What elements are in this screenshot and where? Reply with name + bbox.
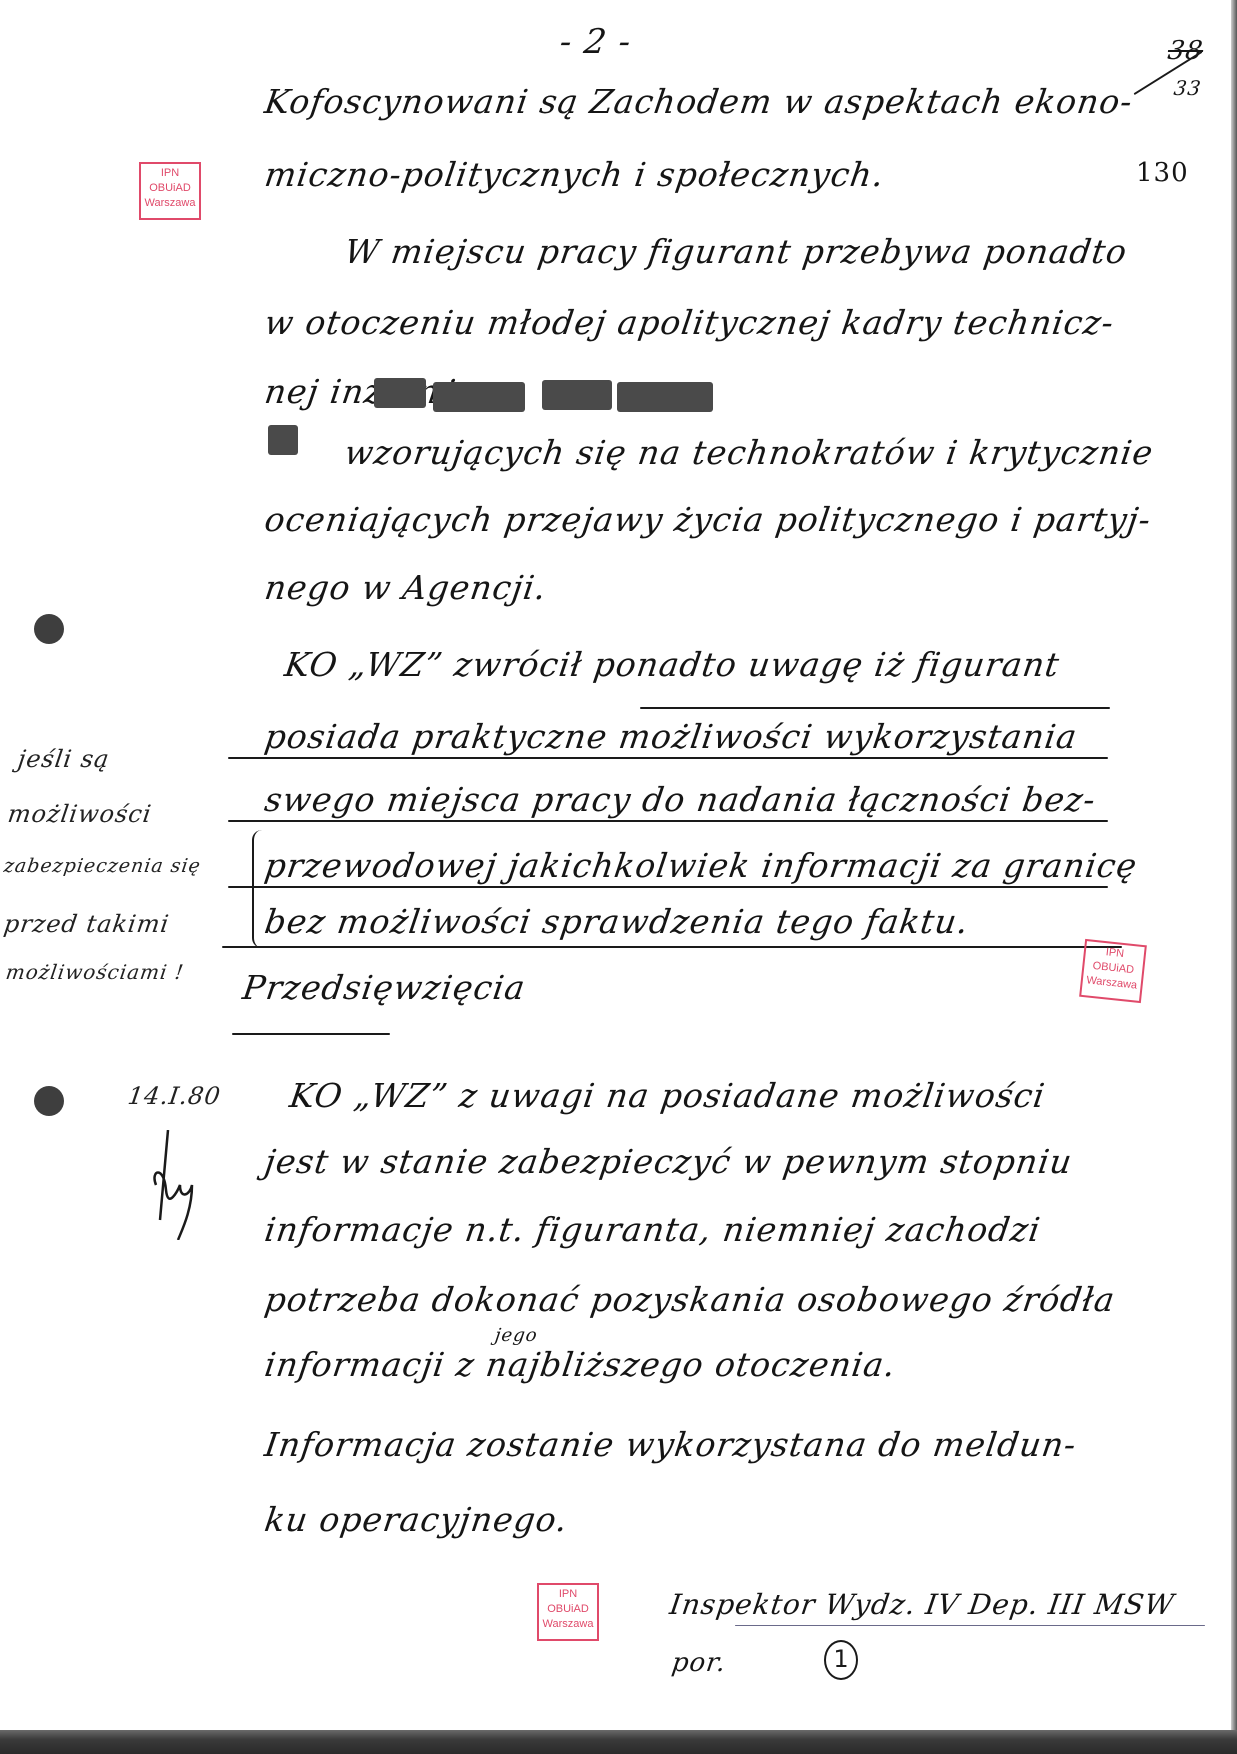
underline (228, 820, 1108, 822)
section-line: jest w stanie zabezpieczyć w pewnym stop… (262, 1142, 1075, 1181)
underline (228, 886, 1108, 888)
circled-number: 1 (824, 1640, 858, 1680)
punch-hole (34, 1086, 64, 1116)
body-line: wzorujących się na technokratów i krytyc… (342, 433, 1156, 472)
signature-line (735, 1625, 1205, 1626)
body-line: KO „WZ” zwrócił ponadto uwagę iż figuran… (282, 645, 1062, 684)
body-line: Kofoscynowani są Zachodem w aspektach ek… (262, 82, 1135, 121)
ipn-stamp: IPN OBUiAD Warszawa (537, 1583, 599, 1641)
section-line: potrzeba dokonać pozyskania osobowego źr… (262, 1280, 1118, 1319)
scan-edge (1231, 0, 1237, 1754)
section-line: KO „WZ” z uwagi na posiadane możliwości (287, 1076, 1048, 1115)
section-line: informacje n.t. figuranta, niemniej zach… (262, 1210, 1043, 1249)
punch-hole (34, 614, 64, 644)
redaction-bar (617, 382, 713, 412)
margin-note-line: możliwościami ! (4, 960, 185, 984)
redaction-bar (374, 378, 426, 408)
body-line: swego miejsca pracy do nadania łączności… (262, 780, 1098, 819)
body-line: oceniających przejawy życia politycznego… (262, 500, 1153, 539)
margin-date: 14.I.80 (126, 1082, 223, 1110)
archive-number-current: 33 (1172, 76, 1203, 100)
stamp-line: Warszawa (539, 1617, 597, 1632)
body-line: posiada praktyczne możliwości wykorzysta… (262, 717, 1080, 756)
redaction-bar (268, 425, 298, 455)
closing-line: Informacja zostanie wykorzystana do meld… (262, 1425, 1079, 1464)
stamp-line: OBUiAD (141, 181, 199, 196)
closing-line: ku operacyjnego. (262, 1500, 570, 1539)
body-line: w otoczeniu młodej apolitycznej kadry te… (262, 303, 1117, 342)
page-number-header: - 2 - (557, 22, 634, 62)
stamp-line: IPN (539, 1587, 597, 1602)
margin-initials-signature (150, 1130, 200, 1230)
ipn-stamp: IPN OBUiAD Warszawa (139, 162, 201, 220)
signature-rank: por. (670, 1648, 728, 1678)
underline (222, 946, 1122, 948)
underline (640, 707, 1110, 709)
body-line: miczno-politycznych i społecznych. (262, 155, 887, 194)
margin-note-line: zabezpieczenia się (2, 855, 202, 877)
section-heading: Przedsięwzięcia (240, 968, 528, 1007)
section-line: informacji z najbliższego otoczenia. (262, 1345, 898, 1384)
margin-note-line: przed takimi (2, 910, 171, 938)
body-line: przewodowej jakichkolwiek informacji za … (262, 846, 1140, 885)
signature-title: Inspektor Wydz. IV Dep. III MSW (668, 1588, 1177, 1621)
redaction-bar (433, 382, 525, 412)
heading-underline (232, 1033, 390, 1035)
margin-bracket (252, 830, 268, 948)
folio-number: 130 (1136, 158, 1189, 188)
body-line: nego w Agencji. (262, 568, 549, 607)
body-line: W miejscu pracy figurant przebywa ponadt… (342, 232, 1130, 271)
body-line: bez możliwości sprawdzenia tego faktu. (262, 902, 971, 941)
stamp-line: Warszawa (141, 196, 199, 211)
margin-note-line: jeśli są (16, 745, 112, 773)
redaction-bar (542, 380, 612, 410)
margin-note-line: możliwości (6, 800, 154, 828)
stamp-line: IPN (141, 166, 199, 181)
insertion-above: jego (494, 1325, 540, 1346)
underline (228, 757, 1108, 759)
ipn-stamp: IPN OBUiAD Warszawa (1079, 939, 1147, 1003)
stamp-line: OBUiAD (539, 1602, 597, 1617)
scan-edge (0, 1730, 1237, 1754)
